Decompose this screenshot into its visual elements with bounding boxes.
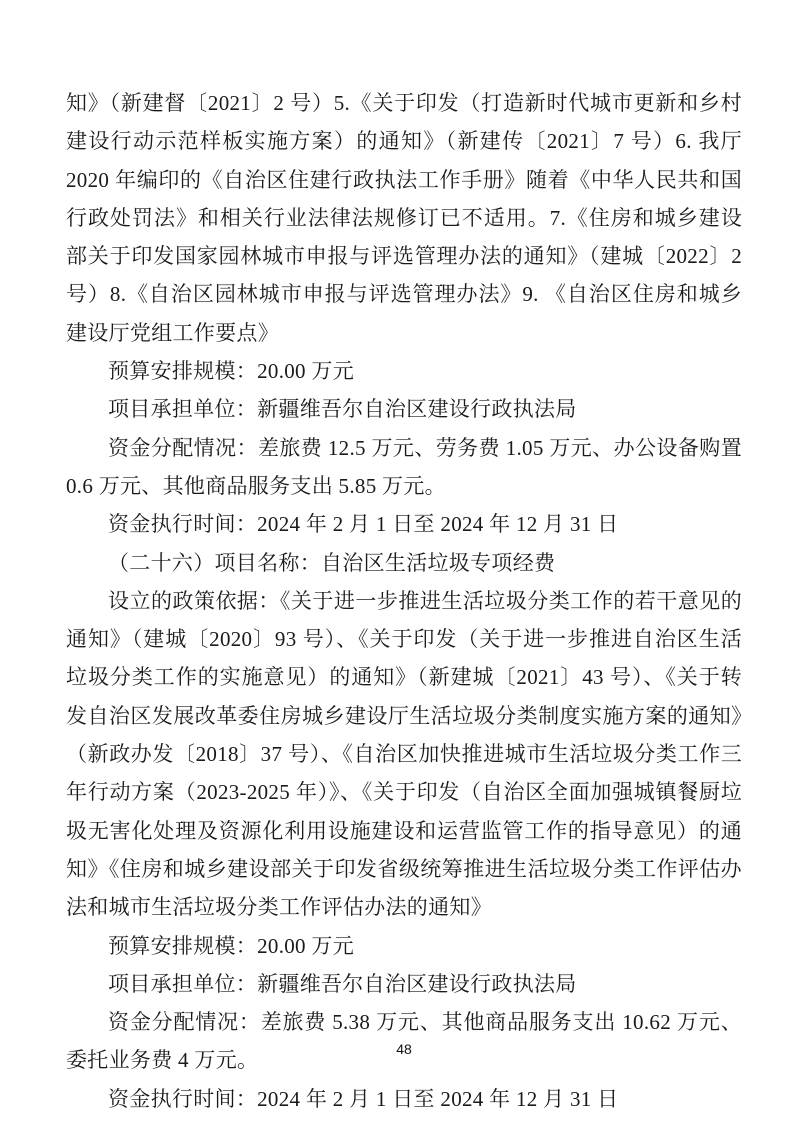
paragraph-undertaking-unit-2: 项目承担单位：新疆维吾尔自治区建设行政执法局 [66,965,742,1003]
paragraph-undertaking-unit: 项目承担单位：新疆维吾尔自治区建设行政执法局 [66,390,742,428]
paragraph-fund-execution-period: 资金执行时间：2024 年 2 月 1 日至 2024 年 12 月 31 日 [66,505,742,543]
document-page: 知》（新建督〔2021〕2 号）5.《关于印发（打造新时代城市更新和乡村建设行动… [0,0,808,1143]
paragraph-budget-scale-2: 预算安排规模：20.00 万元 [66,927,742,965]
paragraph-policy-basis-continuation: 知》（新建督〔2021〕2 号）5.《关于印发（打造新时代城市更新和乡村建设行动… [66,84,742,352]
paragraph-fund-allocation: 资金分配情况：差旅费 12.5 万元、劳务费 1.05 万元、办公设备购置 0.… [66,429,742,506]
paragraph-fund-execution-period-2: 资金执行时间：2024 年 2 月 1 日至 2024 年 12 月 31 日 [66,1080,742,1118]
page-number: 48 [0,1038,808,1060]
paragraph-project-name: （二十六）项目名称：自治区生活垃圾专项经费 [66,544,742,582]
document-body-text: 知》（新建督〔2021〕2 号）5.《关于印发（打造新时代城市更新和乡村建设行动… [66,84,742,1118]
paragraph-budget-scale: 预算安排规模：20.00 万元 [66,352,742,390]
paragraph-policy-basis: 设立的政策依据：《关于进一步推进生活垃圾分类工作的若干意见的通知》（建城〔202… [66,582,742,927]
